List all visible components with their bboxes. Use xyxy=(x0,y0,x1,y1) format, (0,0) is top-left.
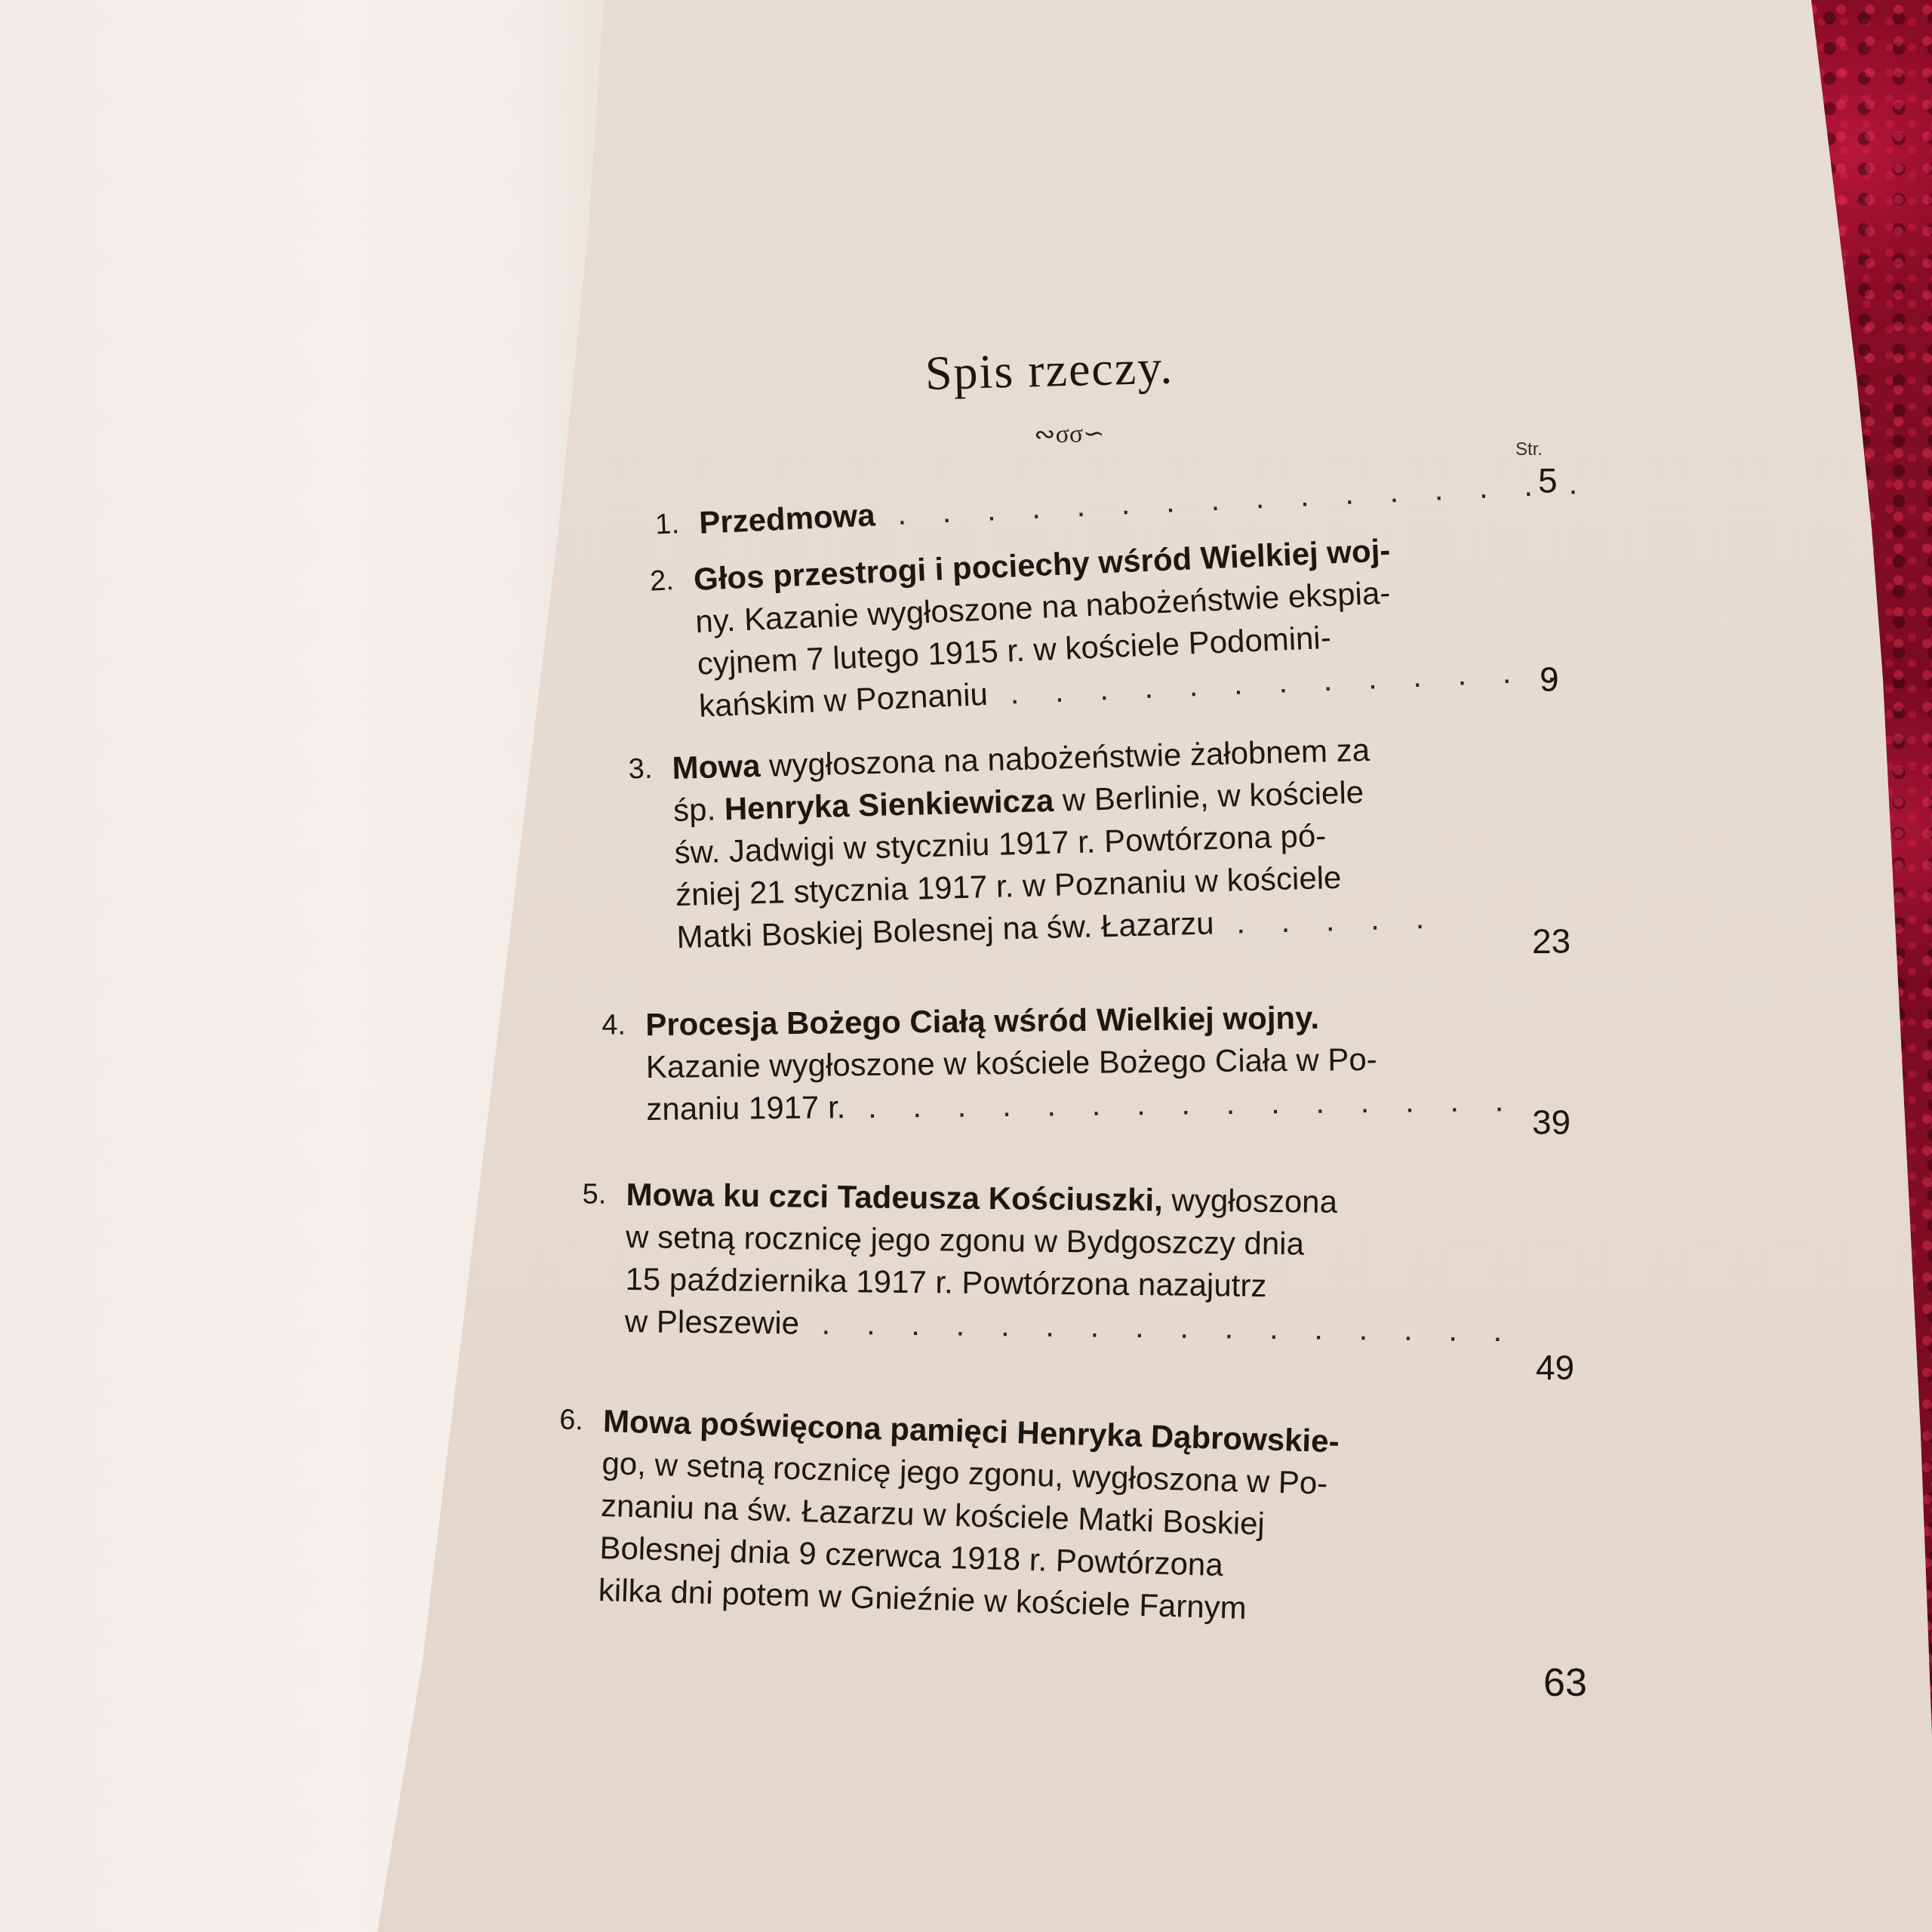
entry-text: w Pleszewie xyxy=(625,1303,800,1340)
page-number-entry-3: 23 xyxy=(1532,921,1571,961)
entry-text: kańskim w Poznaniu xyxy=(698,676,988,724)
entry-text: wygłoszona xyxy=(1163,1182,1338,1219)
entry-title: Mowa xyxy=(672,748,761,786)
toc-entry-5: 5. Mowa ku czci Tadeusza Kościuszki, wyg… xyxy=(625,1174,1479,1352)
toc-entry-3: 3. Mowa wygłoszona na nabożeństwie żałob… xyxy=(672,726,1477,958)
page-number-entry-1: 5 xyxy=(1538,460,1558,501)
page-number-entry-4: 39 xyxy=(1532,1102,1571,1143)
page-column-label: Str. xyxy=(1515,439,1543,460)
entry-text: śp. xyxy=(673,791,725,828)
dot-leader: . . . . . . . . . . . . . . . . xyxy=(799,1305,1516,1348)
entry-line: znaniu 1917 r. . . . . . . . . . . . . .… xyxy=(646,1079,1477,1131)
entry-text: w Berlinie, w kościele xyxy=(1054,774,1364,818)
entry-text: znaniu 1917 r. xyxy=(646,1089,845,1127)
entry-number: 4. xyxy=(601,1004,626,1046)
entry-number: 3. xyxy=(628,748,653,791)
entry-number: 5. xyxy=(582,1173,606,1215)
entry-title: Mowa ku czci Tadeusza Kościuszki, xyxy=(626,1177,1163,1217)
dot-leader: . . . . . . . . . . . . . . . . xyxy=(874,464,1592,532)
entry-number: 1. xyxy=(654,503,680,546)
page-number-entry-6: 63 xyxy=(1543,1660,1587,1706)
toc-entry-6: 6. Mowa poświęcona pamięci Henryka Dąbro… xyxy=(598,1400,1478,1635)
page-number-entry-5: 49 xyxy=(1536,1347,1574,1388)
toc-entry-4: 4. Procesja Bożego Ciałą wśród Wielkiej … xyxy=(645,995,1477,1131)
page-title: Spis rzeczy. xyxy=(924,339,1174,401)
entry-name-bold: Henryka Sienkiewicza xyxy=(724,783,1054,826)
table-of-contents: Spis rzeczy. ∾σσ∽ Str. 1. Przedmowa . . … xyxy=(0,0,1932,1932)
toc-entry-2: 2. Głos przestrogi i pociechy wśród Wiel… xyxy=(693,525,1484,727)
entry-number: 2. xyxy=(649,559,675,602)
dot-leader: . . . . . xyxy=(1214,900,1438,941)
dot-leader: . . . . . . . . . . . . . . . xyxy=(845,1082,1518,1124)
photo-scene: Spis rzeczy. ∾σσ∽ Str. 1. Przedmowa . . … xyxy=(0,0,1932,1932)
page-number-entry-2: 9 xyxy=(1540,659,1559,700)
entry-title: Przedmowa xyxy=(698,497,875,540)
entry-number: 6. xyxy=(558,1398,583,1441)
entry-title: Procesja Bożego Ciałą wśród Wielkiej woj… xyxy=(645,1000,1319,1042)
entry-line: w Pleszewie . . . . . . . . . . . . . . … xyxy=(625,1300,1478,1352)
ornament-icon: ∾σσ∽ xyxy=(1034,418,1105,450)
